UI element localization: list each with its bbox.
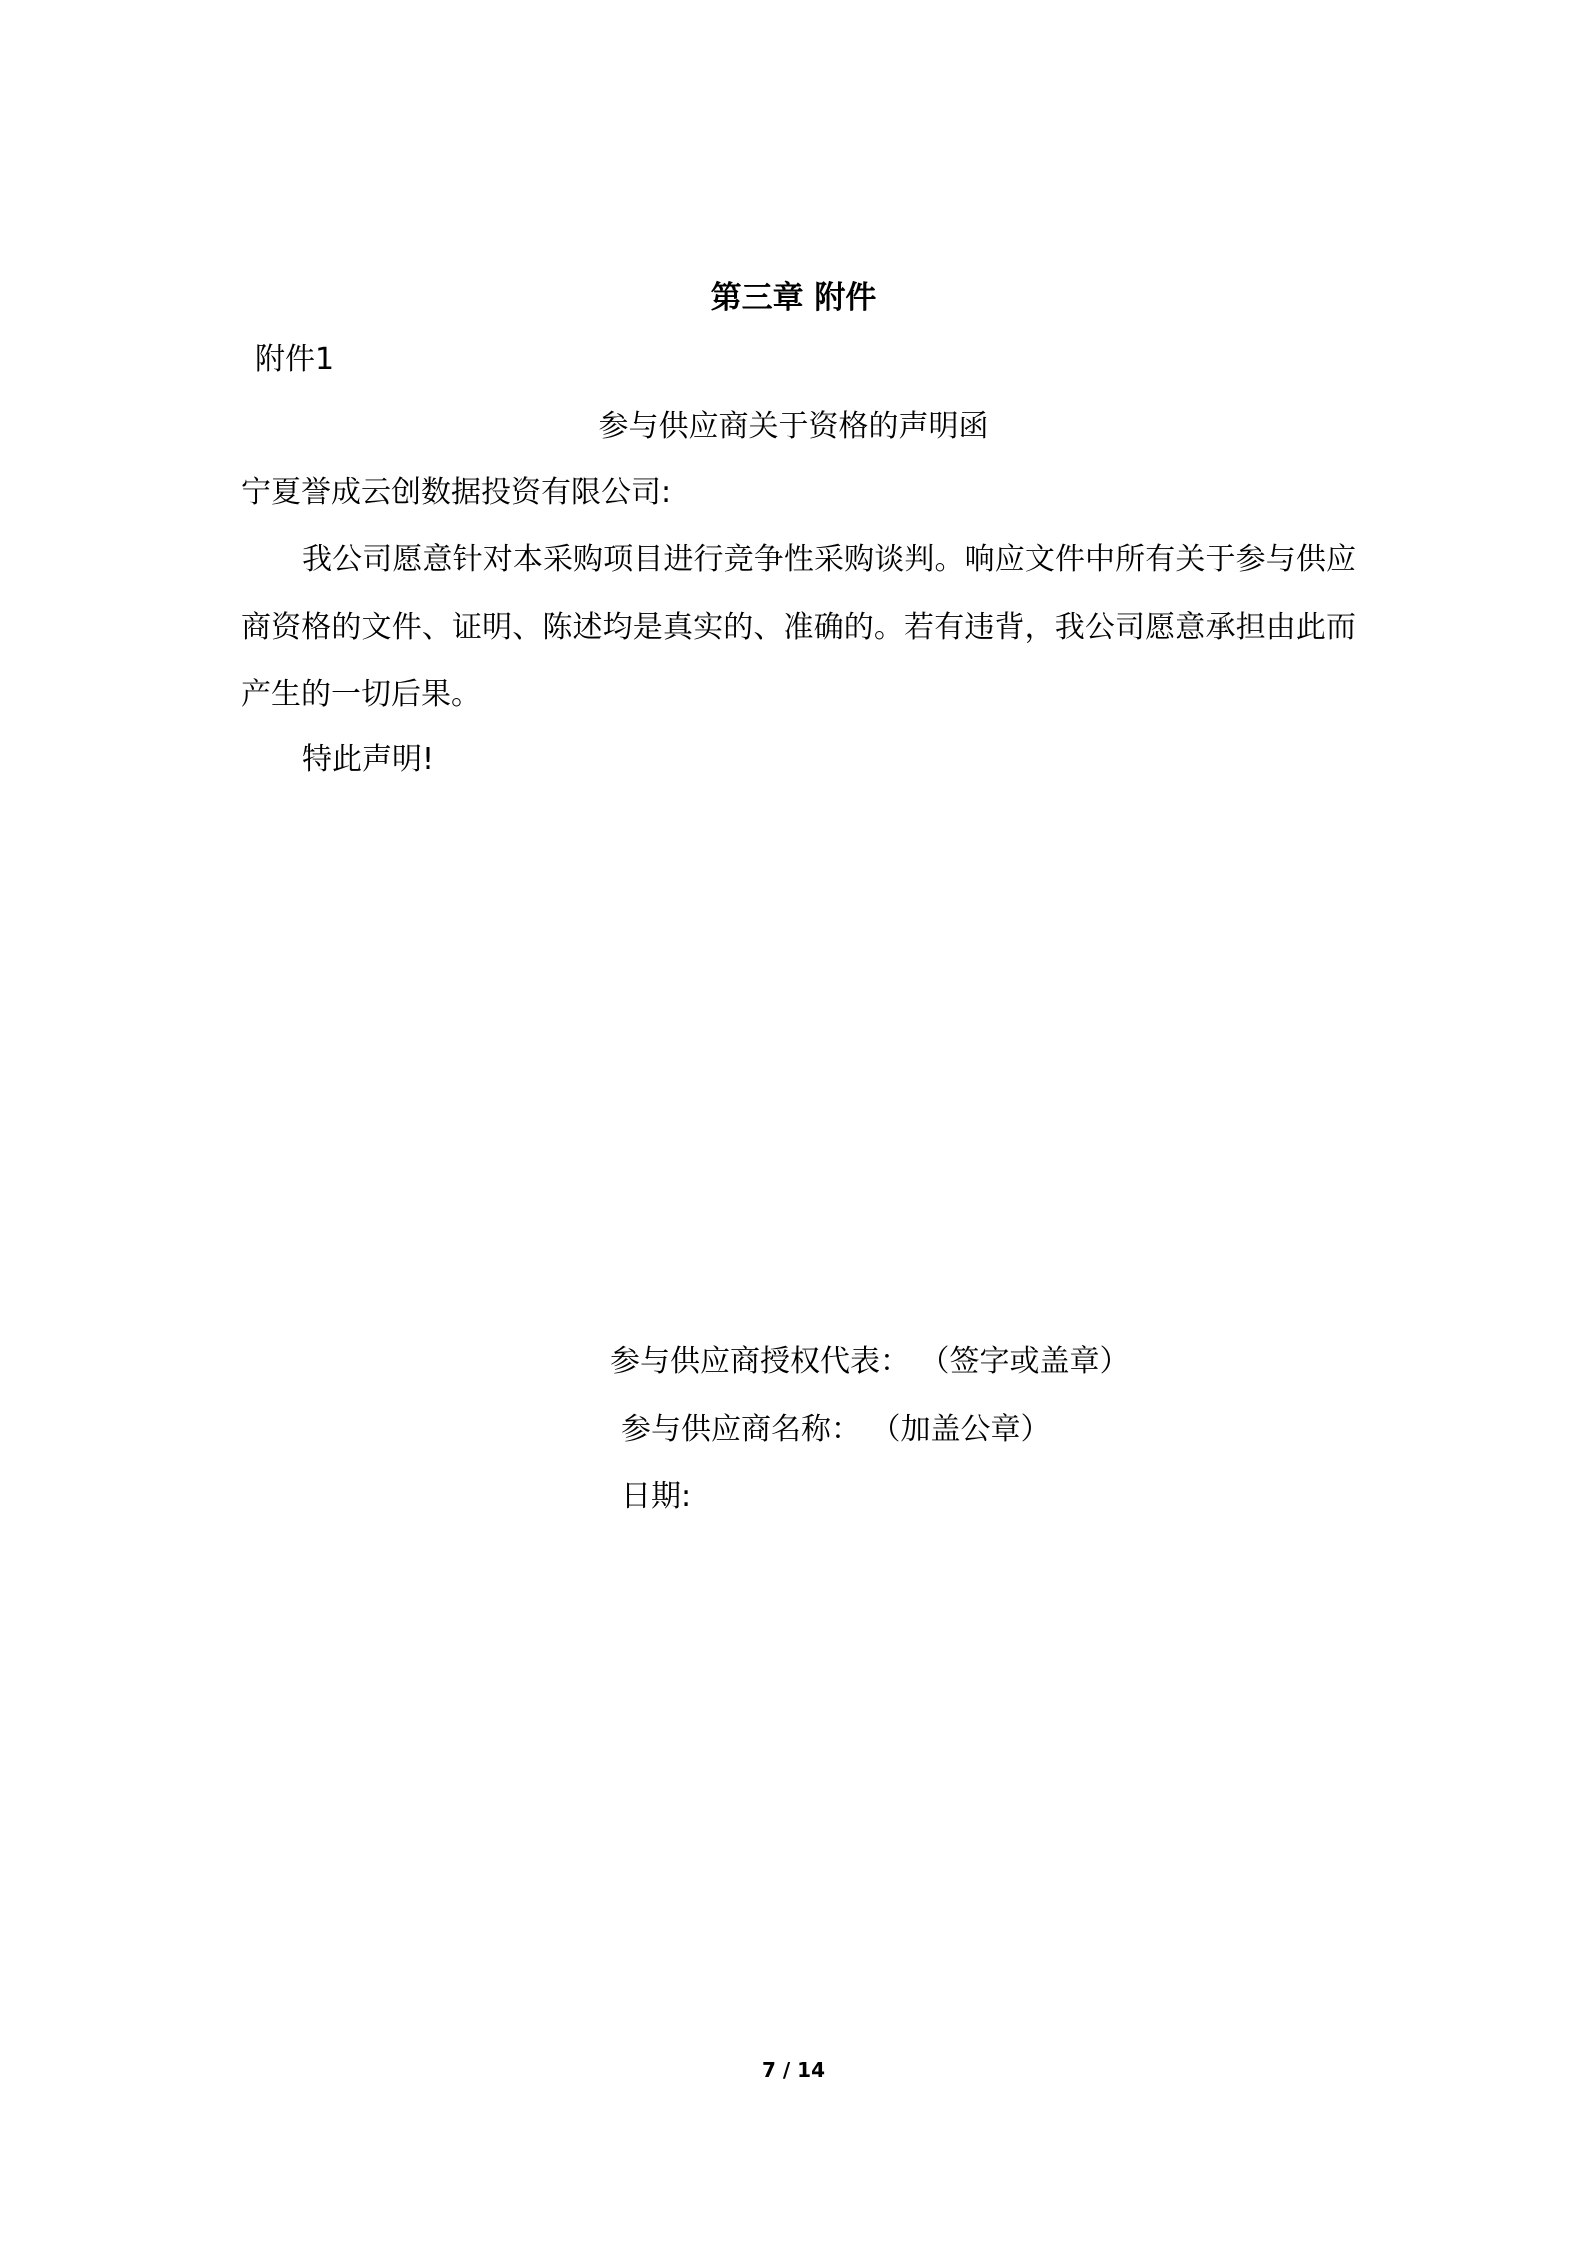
signature-representative: 参与供应商授权代表： （签字或盖章） (610, 1342, 1130, 1382)
signature-supplier-name: 参与供应商名称： （加盖公章） (621, 1410, 1051, 1450)
signature-date: 日期: (621, 1477, 691, 1517)
addressee: 宁夏誉成云创数据投资有限公司: (241, 473, 671, 513)
letter-title: 参与供应商关于资格的声明函 (0, 407, 1587, 447)
chapter-title: 第三章 附件 (0, 272, 1587, 317)
page-indicator: 7 / 14 (0, 2058, 1587, 2082)
body-paragraph: 我公司愿意针对本采购项目进行竞争性采购谈判。响应文件中所有关于参与供应商资格的文… (241, 526, 1356, 729)
closing-statement: 特此声明! (302, 740, 434, 780)
attachment-label: 附件1 (255, 340, 334, 380)
